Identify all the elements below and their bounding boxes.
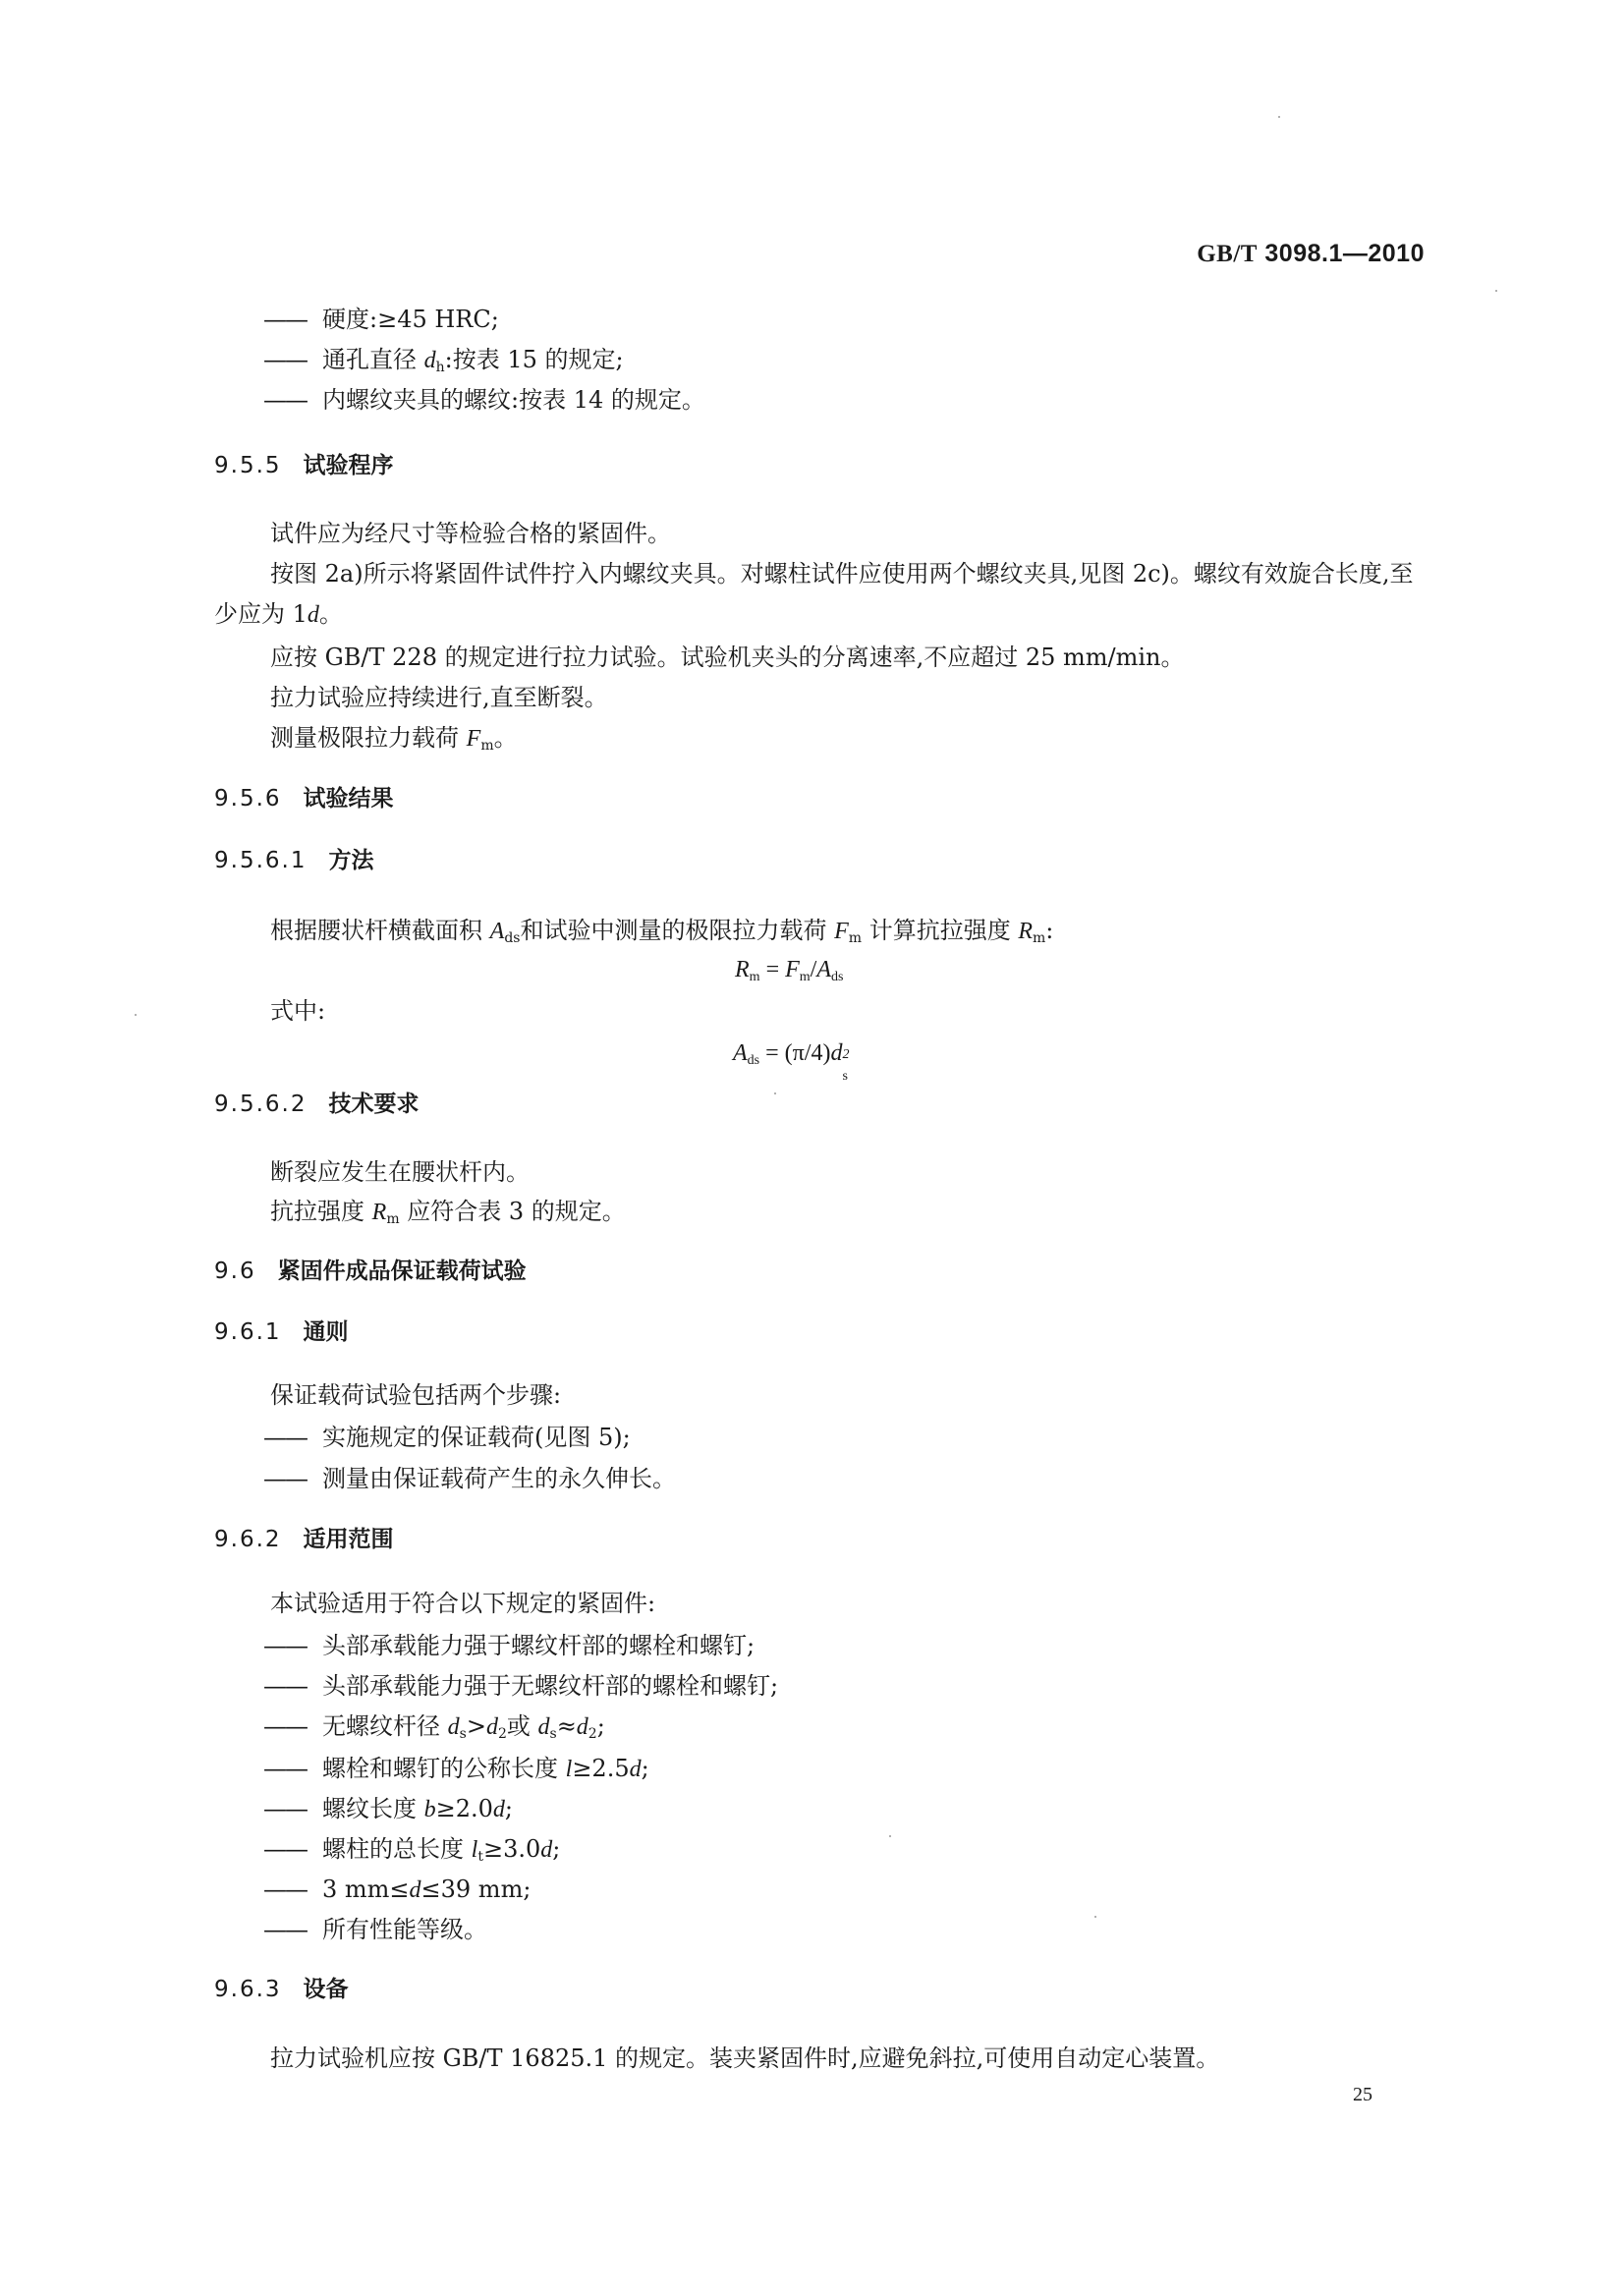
punctuation: 。 <box>494 724 518 752</box>
paragraph-text: 式中: <box>270 997 325 1025</box>
paragraph: 测量极限拉力载荷 Fm。 <box>270 726 518 753</box>
document-code-header: GB/T 3098.1—2010 <box>1197 242 1425 266</box>
section-title: 方法 <box>328 848 373 873</box>
paragraph-text: 抗拉强度 <box>270 1198 372 1225</box>
paragraph: 保证载荷试验包括两个步骤: <box>270 1383 561 1407</box>
em-dash: —— <box>263 1757 322 1780</box>
section-number: 9.6.3 <box>214 1977 282 2002</box>
section-heading-9-5-6: 9.5.6试验结果 <box>214 788 394 811</box>
paragraph-text: 拉力试验应持续进行,直至断裂。 <box>270 684 608 711</box>
scan-speck <box>135 1014 137 1016</box>
scan-speck <box>1278 116 1280 118</box>
list-item: ——3 mm≤d≤39 mm; <box>263 1877 531 1902</box>
standard-number: 3098.1—2010 <box>1264 240 1425 267</box>
section-number: 9.5.6.2 <box>214 1092 307 1117</box>
operator: > <box>467 1712 486 1740</box>
operator: ≈ <box>557 1712 577 1740</box>
em-dash: —— <box>263 1918 322 1941</box>
subscript: m <box>386 1211 399 1227</box>
em-dash: —— <box>263 1877 322 1901</box>
list-item-thread: ——内螺纹夹具的螺纹:按表 14 的规定。 <box>263 388 705 412</box>
var-d: d <box>538 1714 550 1740</box>
list-item: ——测量由保证载荷产生的永久伸长。 <box>263 1467 676 1490</box>
paragraph-text: 应按 GB/T 228 的规定进行拉力试验。试验机夹头的分离速率,不应超过 25… <box>270 644 1185 671</box>
list-text: ≤39 mm; <box>421 1876 532 1903</box>
punctuation: : <box>1045 917 1053 944</box>
section-title: 适用范围 <box>304 1527 394 1552</box>
formula-cross-section-area: Ads = (π/4)d2s <box>733 1041 852 1068</box>
paragraph: 根据腰状杆横截面积 Ads和试验中测量的极限拉力载荷 Fm 计算抗拉强度 Rm: <box>270 919 1053 945</box>
list-item: ——头部承载能力强于无螺纹杆部的螺栓和螺钉; <box>263 1674 778 1698</box>
em-dash: —— <box>263 1714 322 1738</box>
scan-speck <box>1495 290 1497 292</box>
var-d: d <box>308 602 319 628</box>
section-number: 9.6.2 <box>214 1527 282 1552</box>
section-title: 试验结果 <box>304 786 394 812</box>
subscript: ds <box>831 970 843 984</box>
list-text: 头部承载能力强于无螺纹杆部的螺栓和螺钉; <box>322 1672 778 1700</box>
paragraph-text: 拉力试验机应按 GB/T 16825.1 的规定。装夹紧固件时,应避免斜拉,可使… <box>270 2044 1219 2072</box>
paragraph: 拉力试验机应按 GB/T 16825.1 的规定。装夹紧固件时,应避免斜拉,可使… <box>270 2046 1219 2070</box>
subscript: 2 <box>498 1726 507 1742</box>
list-item: ——螺柱的总长度 lt≥3.0d; <box>263 1837 560 1864</box>
section-title: 紧固件成品保证载荷试验 <box>278 1259 527 1284</box>
em-dash: —— <box>263 1837 322 1861</box>
paragraph: 本试验适用于符合以下规定的紧固件: <box>270 1592 655 1615</box>
var-R: R <box>735 957 750 982</box>
section-title: 试验程序 <box>304 453 394 478</box>
punctuation: ; <box>597 1712 605 1740</box>
var-d: d <box>448 1714 460 1740</box>
em-dash: —— <box>263 348 322 371</box>
paragraph-text: 应符合表 3 的规定。 <box>400 1198 626 1225</box>
list-text: 实施规定的保证载荷(见图 5); <box>322 1424 631 1451</box>
list-text: ≥3.0 <box>483 1835 540 1863</box>
standard-prefix: GB/T <box>1197 241 1258 267</box>
subscript: s <box>460 1726 467 1742</box>
var-d: d <box>830 1040 842 1066</box>
var-d: d <box>630 1757 642 1782</box>
superscript: 2 <box>842 1048 849 1062</box>
list-text: 螺柱的总长度 <box>322 1835 472 1863</box>
punctuation: ; <box>552 1835 560 1863</box>
subscript: m <box>849 930 862 946</box>
scan-speck <box>1094 1916 1096 1918</box>
punctuation: 。 <box>319 600 343 628</box>
scan-speck <box>889 1835 891 1837</box>
list-text: 测量由保证载荷产生的永久伸长。 <box>322 1465 676 1492</box>
em-dash: —— <box>263 1426 322 1449</box>
list-text: 3 mm≤ <box>322 1876 410 1903</box>
paragraph-wrapped: 按图 2a)所示将紧固件试件拧入内螺纹夹具。对螺柱试件应使用两个螺纹夹具,见图 … <box>214 554 1425 636</box>
list-item: ——实施规定的保证载荷(见图 5); <box>263 1426 631 1449</box>
punctuation: ; <box>505 1795 513 1822</box>
var-d: d <box>493 1797 505 1822</box>
paragraph-text: 根据腰状杆横截面积 <box>270 917 490 944</box>
paragraph: 拉力试验应持续进行,直至断裂。 <box>270 686 608 709</box>
list-item: ——螺纹长度 b≥2.0d; <box>263 1797 513 1821</box>
paragraph-text: 保证载荷试验包括两个步骤: <box>270 1381 561 1409</box>
em-dash: —— <box>263 1797 322 1820</box>
section-number: 9.5.5 <box>214 453 282 478</box>
var-A: A <box>816 957 831 982</box>
list-text: 螺纹长度 <box>322 1795 424 1822</box>
paragraph-text: 试件应为经尺寸等检验合格的紧固件。 <box>270 520 671 547</box>
punctuation: ; <box>642 1755 649 1782</box>
section-number: 9.6 <box>214 1259 256 1284</box>
paragraph: 断裂应发生在腰状杆内。 <box>270 1160 530 1184</box>
section-heading-9-5-5: 9.5.5试验程序 <box>214 455 394 477</box>
page-number: 25 <box>1353 2085 1372 2104</box>
var-A: A <box>733 1040 748 1066</box>
var-d: d <box>410 1877 421 1903</box>
var-R: R <box>372 1200 387 1225</box>
subscript: m <box>750 970 760 984</box>
var-F: F <box>467 726 481 752</box>
equals-sign: = <box>759 1040 785 1066</box>
list-text: 头部承载能力强于螺纹杆部的螺栓和螺钉; <box>322 1632 755 1659</box>
section-heading-9-5-6-2: 9.5.6.2技术要求 <box>214 1093 419 1116</box>
var-d: d <box>424 348 436 373</box>
var-F: F <box>834 919 849 944</box>
list-text: 所有性能等级。 <box>322 1916 487 1943</box>
paragraph-text: 按图 2a)所示将紧固件试件拧入内螺纹夹具。对螺柱试件应使用两个螺纹夹具,见图 … <box>214 560 1414 628</box>
var-d: d <box>540 1837 552 1863</box>
paragraph-text: 和试验中测量的极限拉力载荷 <box>520 917 834 944</box>
section-title: 技术要求 <box>328 1092 419 1117</box>
subscript: ds <box>748 1053 759 1068</box>
subscript: h <box>436 360 445 375</box>
section-heading-9-6-3: 9.6.3设备 <box>214 1979 349 2001</box>
list-text: ≥2.0 <box>436 1795 493 1822</box>
list-text: ≥2.5 <box>572 1755 629 1782</box>
list-item: ——所有性能等级。 <box>263 1918 487 1941</box>
section-heading-9-6-2: 9.6.2适用范围 <box>214 1529 394 1551</box>
list-text: 硬度:≥45 HRC; <box>322 306 499 333</box>
section-heading-9-5-6-1: 9.5.6.1方法 <box>214 850 373 872</box>
subscript: m <box>1033 930 1045 946</box>
list-text: 无螺纹杆径 <box>322 1712 448 1740</box>
em-dash: —— <box>263 1467 322 1490</box>
list-item-hardness: ——硬度:≥45 HRC; <box>263 308 499 331</box>
section-heading-9-6: 9.6紧固件成品保证载荷试验 <box>214 1260 527 1283</box>
scan-speck <box>774 1092 776 1094</box>
equals-sign: = <box>760 957 786 982</box>
list-item-hole-diameter: ——通孔直径 dh:按表 15 的规定; <box>263 348 624 374</box>
list-item: ——头部承载能力强于螺纹杆部的螺栓和螺钉; <box>263 1634 755 1657</box>
em-dash: —— <box>263 1674 322 1698</box>
subscript: m <box>480 738 493 754</box>
var-d: d <box>486 1714 498 1740</box>
paragraph: 抗拉强度 Rm 应符合表 3 的规定。 <box>270 1200 626 1226</box>
em-dash: —— <box>263 1634 322 1657</box>
var-F: F <box>785 957 800 982</box>
list-text: 螺栓和螺钉的公称长度 <box>322 1755 566 1782</box>
list-item: ——无螺纹杆径 ds>d2或 ds≈d2; <box>263 1714 605 1741</box>
em-dash: —— <box>263 308 322 331</box>
section-title: 通则 <box>304 1319 349 1345</box>
section-number: 9.5.6 <box>214 786 282 812</box>
list-item: ——螺栓和螺钉的公称长度 l≥2.5d; <box>263 1757 649 1781</box>
list-text: 或 <box>507 1712 538 1740</box>
pi-over-four: (π/4) <box>785 1040 831 1066</box>
paragraph: 试件应为经尺寸等检验合格的紧固件。 <box>270 522 671 545</box>
var-R: R <box>1018 919 1033 944</box>
em-dash: —— <box>263 388 322 412</box>
list-text: :按表 15 的规定; <box>445 346 624 373</box>
subscript: 2 <box>588 1726 597 1742</box>
subscript: s <box>842 1070 847 1084</box>
var-b: b <box>424 1797 436 1822</box>
var-d: d <box>577 1714 588 1740</box>
formula-tensile-strength: Rm = Fm/Ads <box>735 958 843 984</box>
section-title: 设备 <box>304 1977 349 2002</box>
paragraph: 应按 GB/T 228 的规定进行拉力试验。试验机夹头的分离速率,不应超过 25… <box>270 645 1185 669</box>
paragraph-text: 断裂应发生在腰状杆内。 <box>270 1158 530 1186</box>
where-label: 式中: <box>270 999 325 1023</box>
subscript: m <box>800 970 811 984</box>
subscript: s <box>550 1726 557 1742</box>
paragraph-text: 测量极限拉力载荷 <box>270 724 467 752</box>
section-number: 9.5.6.1 <box>214 848 307 873</box>
var-A: A <box>490 919 505 944</box>
paragraph-text: 本试验适用于符合以下规定的紧固件: <box>270 1590 655 1617</box>
list-text: 通孔直径 <box>322 346 424 373</box>
section-heading-9-6-1: 9.6.1通则 <box>214 1321 349 1344</box>
list-text: 内螺纹夹具的螺纹:按表 14 的规定。 <box>322 386 705 414</box>
paragraph-text: 计算抗拉强度 <box>862 917 1018 944</box>
subscript: ds <box>504 930 520 946</box>
section-number: 9.6.1 <box>214 1319 282 1345</box>
